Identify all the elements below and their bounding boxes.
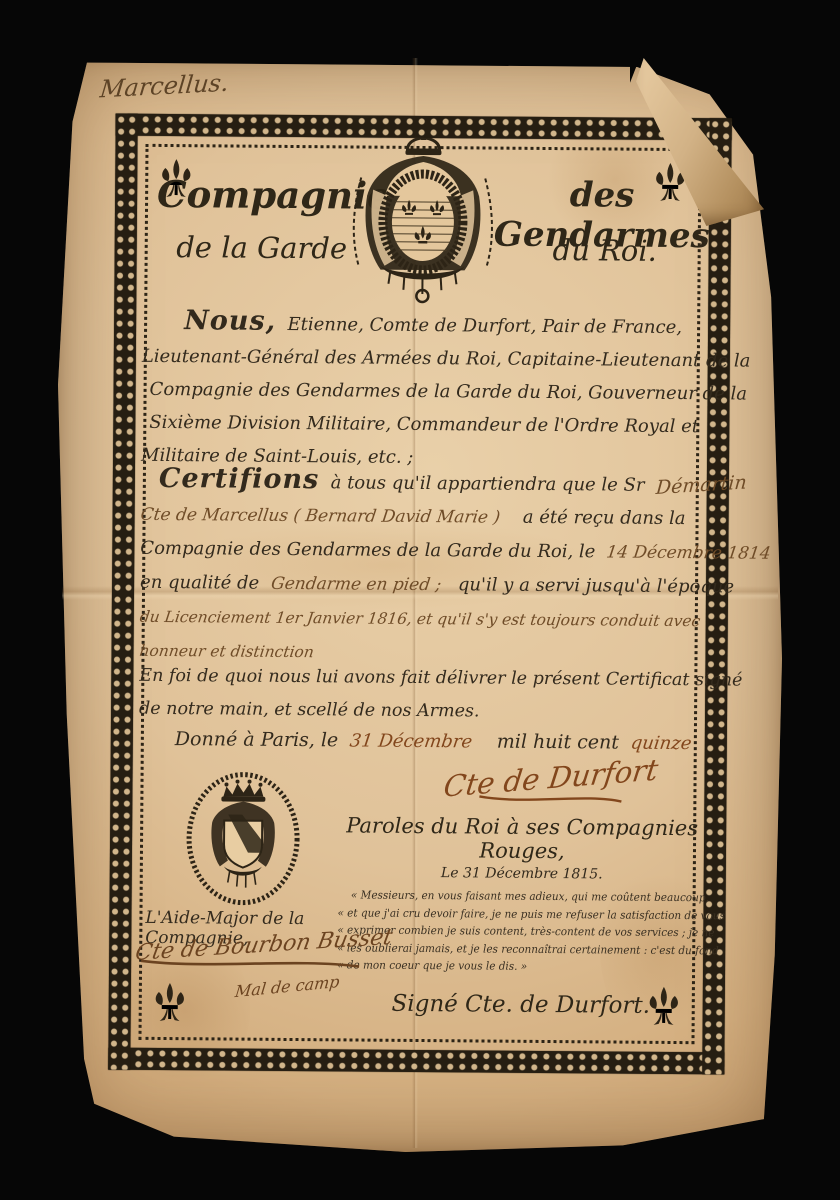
certify-print: à tous qu'il appartiendra que le Sr [331, 472, 645, 495]
royal-coat-of-arms-icon [332, 137, 513, 306]
durfort-autograph: Cte de Durfort [440, 760, 660, 808]
king-speech-title: Paroles du Roi à ses Compagnies Rouges, [338, 813, 706, 864]
certification-paragraph: Certifions à tous qu'il appartiendra que… [139, 462, 703, 672]
certify-hand-name: Démartin [655, 466, 748, 505]
preamble-line: Lieutenant-Général des Armées du Roi, Ca… [142, 340, 704, 377]
dateline: Donné à Paris, le 31 Décembre mil huit c… [175, 728, 695, 754]
certify-hand-date: 14 Décembre 1814 [605, 536, 773, 570]
title-de-la-garde: de la Garde [167, 230, 357, 265]
dateline-print: Donné à Paris, le [175, 728, 339, 751]
certify-print: en qualité de [140, 572, 259, 594]
certify-print: qu'il y a servi jusqu'à l'époque [458, 574, 734, 597]
certify-hand-title: Cte de Marcellus ( Bernard David Marie ) [138, 499, 502, 535]
dateline-hand-year: quinze [630, 733, 693, 754]
certify-hand-grade: Gendarme en pied ; [268, 568, 442, 602]
preamble-line: Compagnie des Gendarmes de la Garde du R… [141, 373, 703, 410]
dateline-hand-day: 31 Décembre [349, 730, 474, 752]
certify-print: a été reçu dans la [523, 507, 686, 529]
dateline-print: mil huit cent [497, 731, 619, 754]
certify-lead-word: Certifions [159, 463, 320, 495]
certify-hand-licenciement: du Licenciement 1er Janvier 1816, et qu'… [138, 601, 703, 638]
armorial-oval-seal-icon [184, 770, 303, 907]
certificate-frame: Compagnie de la Garde des Gendarmes du R… [108, 114, 731, 1075]
closing-paragraph: En foi de quoi nous lui avons fait déliv… [139, 660, 702, 730]
preamble-line: Etienne, Comte de Durfort, Pair de Franc… [287, 314, 682, 338]
preamble-paragraph: Nous, Etienne, Comte de Durfort, Pair de… [141, 304, 704, 476]
aide-major-signature: Cte de Bourbon Busset [135, 932, 435, 973]
photo-stage: { "colors": { "background": "#060606", "… [0, 0, 840, 1200]
preamble-line: Sixième Division Militaire, Commandeur d… [141, 406, 703, 443]
aide-major-rank: Mal de camp [235, 977, 340, 997]
king-speech-date: Le 31 Décembre 1815. [338, 864, 706, 883]
closing-line: de notre main, et scellé de nos Armes. [139, 693, 701, 730]
preamble-lead-word: Nous, [184, 305, 276, 337]
fleur-de-lis-icon [153, 982, 187, 1022]
king-speech-signed: Signé Cte. de Durfort. [337, 990, 705, 1019]
border-band-top [116, 114, 732, 141]
closing-line: En foi de quoi nous lui avons fait déliv… [139, 660, 701, 697]
certify-print: Compagnie des Gendarmes de la Garde du R… [140, 538, 595, 563]
title-du-roi: du Roi. [535, 233, 675, 268]
